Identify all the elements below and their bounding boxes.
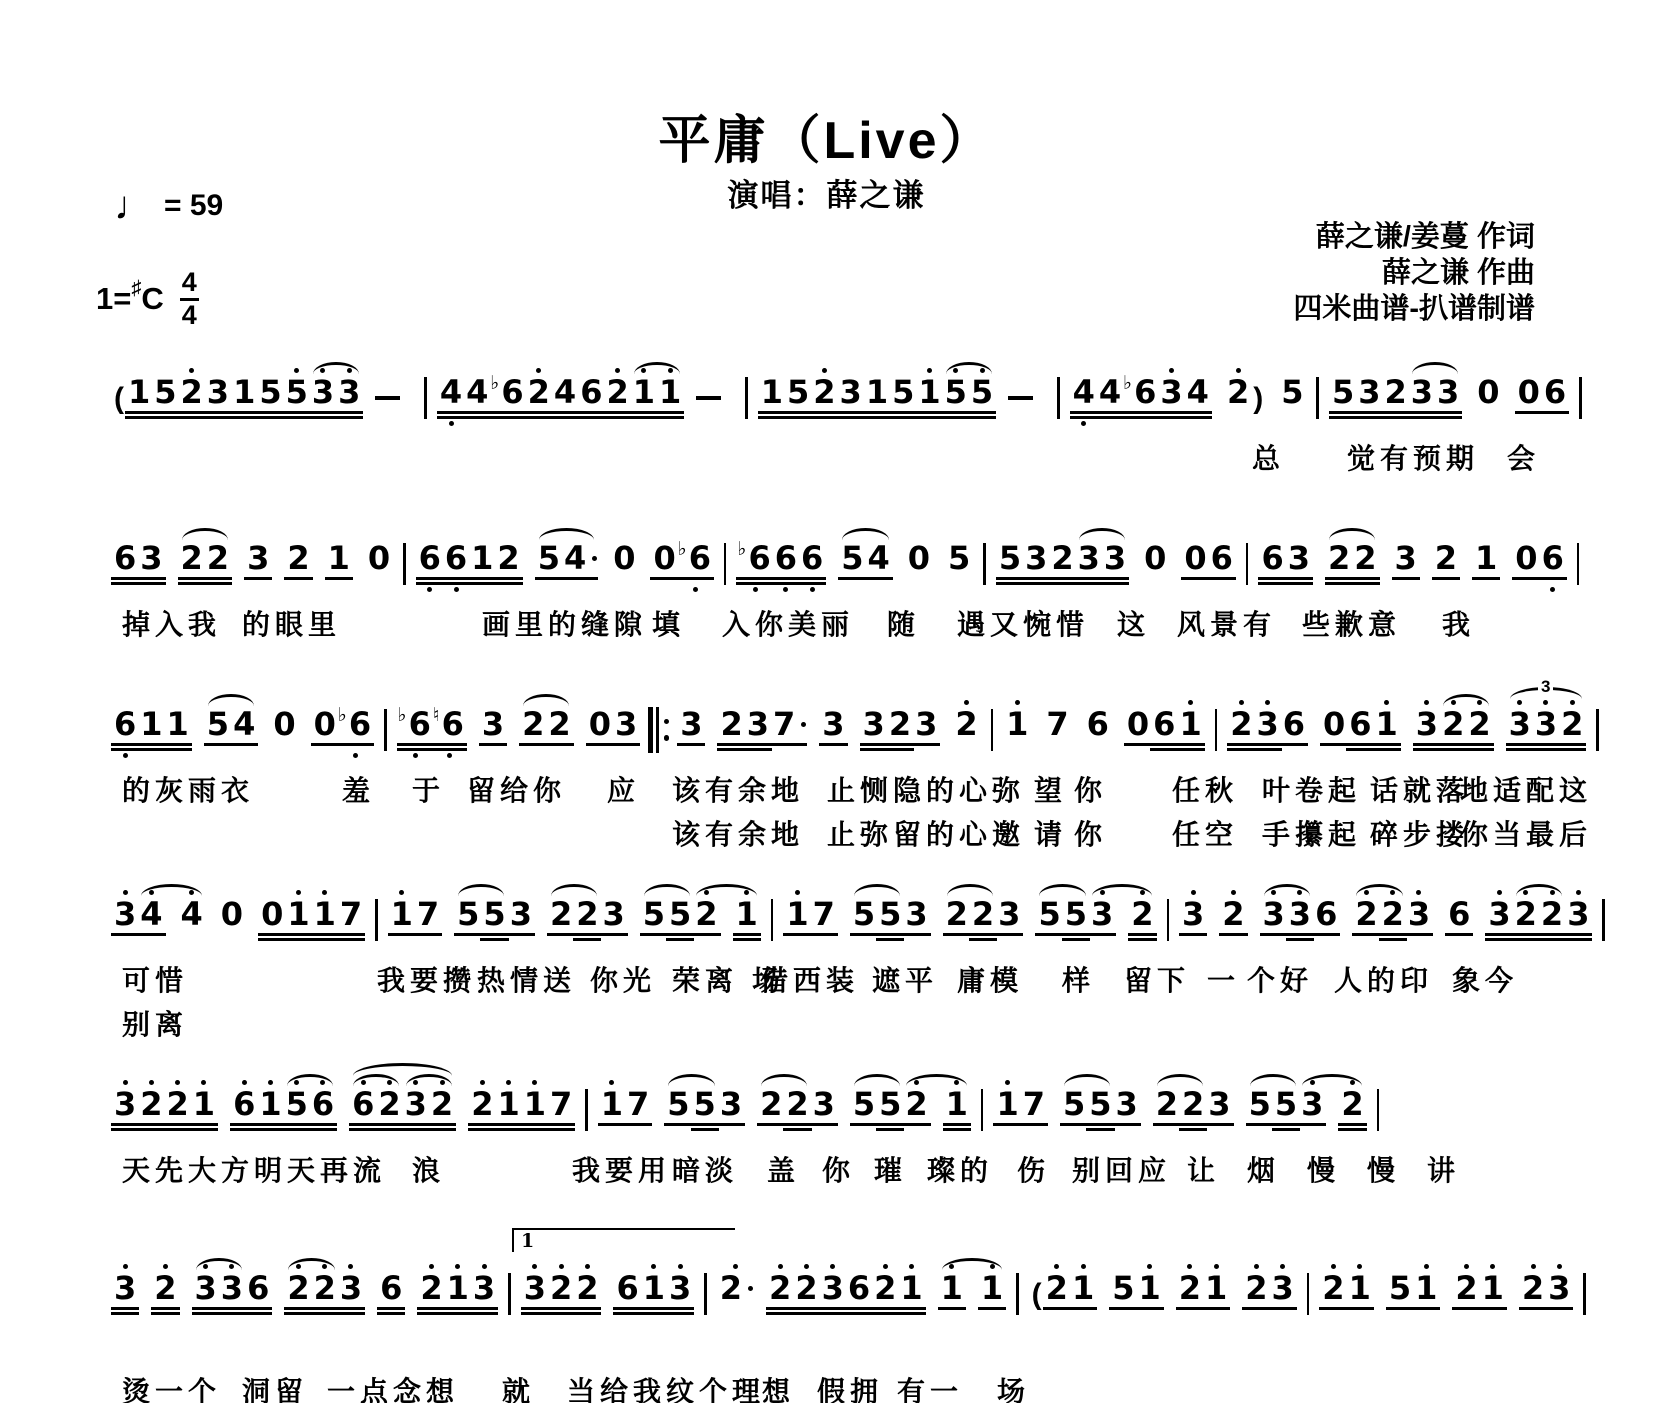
note: 2 [1180, 1078, 1206, 1140]
note: 3 [1287, 888, 1313, 950]
note: 3 [1435, 366, 1461, 428]
note-digit: 3 [667, 1271, 693, 1305]
slur-arc [458, 884, 504, 896]
note-digit: 2 [574, 1271, 600, 1305]
volta-number: 1 [514, 1230, 534, 1252]
note: 6 [1347, 698, 1373, 760]
barline [364, 889, 389, 950]
note-digit: 7 [548, 1087, 574, 1121]
barline [693, 1263, 718, 1324]
note-body: 2 [693, 897, 719, 931]
note-body: 2 [604, 375, 630, 409]
note: 6 [112, 532, 138, 594]
note-body: 2 [887, 707, 913, 741]
note-body: 6 [417, 541, 443, 575]
note: 2 [872, 1262, 898, 1324]
note-body: 4 [179, 897, 205, 931]
note-body: 1 [138, 707, 164, 741]
note-body: 2 [758, 1087, 784, 1121]
note-digit: 5 [969, 375, 995, 409]
note-digit: 3 [1414, 707, 1440, 741]
note: 1 [126, 366, 152, 428]
note: 5 [152, 366, 178, 428]
note-body: 2 [495, 541, 521, 575]
note-body: 1 [1004, 707, 1030, 741]
note: 6 [417, 532, 443, 594]
note-body: 4 [866, 541, 892, 575]
lyric-segment: 的眼里 [242, 603, 341, 643]
note: 3 [112, 1078, 138, 1140]
note: 3 [1546, 1262, 1572, 1324]
note-digit: 2 [887, 707, 913, 741]
note-digit: 5 [997, 541, 1023, 575]
note-body: 1 [944, 1087, 970, 1121]
note: 0 [1321, 698, 1347, 760]
note: 1 [734, 888, 760, 950]
octave-dot [693, 587, 698, 592]
key-signature: 1=♯C 4 4 [96, 268, 199, 330]
credit-lyricist: 薛之谦/姜蔓 作词 [1293, 220, 1535, 256]
lyric-segment: 热情送 [477, 959, 576, 999]
note-digit: 4 [438, 375, 464, 409]
note-body: 2 [165, 1087, 191, 1121]
note-digit: 4 [231, 707, 257, 741]
note-body: 2 [767, 1271, 793, 1305]
note: 5 [284, 1078, 310, 1140]
note-body: 6 [1313, 897, 1339, 931]
note-body: 3 [1406, 897, 1432, 931]
note-body: 1 [784, 897, 810, 931]
note: 3 [1565, 888, 1591, 950]
note-digit: 1 [469, 541, 495, 575]
note-body: 2 [1228, 707, 1254, 741]
notes-row: 6322321066125400♭6♭666540553233006632232… [112, 532, 1603, 594]
note-digit: 1 [1473, 541, 1499, 575]
note-digit: 5 [851, 1087, 877, 1121]
note-digit: 3 [1287, 897, 1313, 931]
note-body: 5 [1063, 897, 1089, 931]
note-digit: 2 [758, 1087, 784, 1121]
slur-arc [946, 362, 992, 374]
lyric-segment: 随 [887, 603, 920, 643]
note-digit: 5 [1387, 1271, 1413, 1305]
lyric-segment: 璀 [874, 1149, 907, 1189]
note-digit: 2 [312, 1271, 338, 1305]
note: 5 [1063, 888, 1089, 950]
note-body: 6 [799, 541, 825, 575]
barline [972, 533, 997, 594]
note-body: 5 [667, 897, 693, 931]
note: 2 [1466, 698, 1492, 760]
note: 2 [548, 1262, 574, 1324]
barline [373, 699, 398, 760]
note: 4 [1071, 366, 1097, 428]
note: 3 [1406, 888, 1432, 950]
lyric-segment: 烫一个 [122, 1370, 221, 1403]
note-digit: 1 [898, 1271, 924, 1305]
lyric-segment: 我 [1442, 603, 1475, 643]
note-digit: 5 [1279, 375, 1305, 409]
notes-row: 323362236213322613222362111(215121232151… [112, 1262, 1603, 1324]
music-line: 3440011717553223552117553223553232336223… [112, 888, 1603, 1038]
note-digit: 5 [877, 1087, 903, 1121]
note-digit: 5 [890, 375, 916, 409]
note-digit: 6 [350, 1087, 376, 1121]
note: 2 [152, 1262, 178, 1324]
note-body: 3 [138, 541, 164, 575]
note: 2 [574, 888, 600, 950]
note: 2 [718, 698, 744, 760]
lyric-segment: 象今 [1452, 959, 1518, 999]
note-body: 2 [1559, 707, 1585, 741]
note-body: 3 [1286, 541, 1312, 575]
note-digit: 3 [1270, 1271, 1296, 1305]
note: 4 [179, 888, 205, 950]
note: 6 [773, 532, 799, 594]
note-body: 1 [326, 541, 352, 575]
note-body: 6 [310, 1087, 336, 1121]
note-body: 1 [165, 707, 191, 741]
note-digit: 4 [138, 897, 164, 931]
note-digit: 6 [347, 707, 373, 741]
note: ♭6 [737, 532, 772, 594]
note: 3 [861, 698, 887, 760]
note: 5 [877, 1078, 903, 1140]
note: 2 [179, 532, 205, 594]
note-digit: 3 [1533, 707, 1559, 741]
barline [1235, 533, 1260, 594]
note: 1 [898, 1262, 924, 1324]
barline [1296, 1263, 1321, 1324]
flat-icon: ♭ [398, 704, 407, 727]
note-digit: 5 [205, 707, 231, 741]
note-body: 3 [522, 1271, 548, 1305]
note: 5 [205, 698, 231, 760]
note: 6 [1151, 698, 1177, 760]
note-body: 5 [946, 541, 972, 575]
note-digit: 2 [1513, 897, 1539, 931]
note: 6 [245, 1262, 271, 1324]
note-digit: 2 [1044, 1271, 1070, 1305]
note-body: 3 [1270, 1271, 1296, 1305]
note-digit: 3 [219, 1271, 245, 1305]
note: 3 [1356, 366, 1382, 428]
note: 7 [548, 1078, 574, 1140]
note-body: 3 [1507, 707, 1533, 741]
note: 1 [1347, 1262, 1373, 1324]
note-digit: 2 [784, 1087, 810, 1121]
note-digit: 5 [284, 375, 310, 409]
note: 6 [1209, 532, 1235, 594]
note: 2 [1433, 532, 1459, 594]
lyric-segment: 有一 [897, 1370, 963, 1403]
note: 1 [495, 1078, 521, 1140]
octave-dot [449, 421, 454, 426]
note-body: 6 [245, 1271, 271, 1305]
slur-arc [854, 1074, 900, 1086]
note-digit: 3 [1180, 897, 1206, 931]
note-body: 5 [1061, 1087, 1087, 1121]
parenthesis: ( [112, 370, 126, 428]
lyric-segment: 一 [1207, 959, 1240, 999]
note: 2 [1339, 1078, 1365, 1140]
note-digit: 2 [903, 1087, 929, 1121]
note: 3 [600, 888, 626, 950]
note-digit: 3 [811, 1087, 837, 1121]
barline [574, 1079, 599, 1140]
barline [413, 367, 438, 428]
note: 1 [1473, 532, 1499, 594]
note-body: 2 [1539, 897, 1565, 931]
lyric-segment: 天先大方明天再流 [122, 1149, 386, 1189]
note-digit: 1 [1480, 1271, 1506, 1305]
note-body: 5 [257, 375, 283, 409]
note-body: 2 [1383, 375, 1409, 409]
note-body: 3 [1565, 897, 1591, 931]
note-digit: 4 [866, 541, 892, 575]
note: 5 [851, 1078, 877, 1140]
lyric-segment: 这 [1117, 603, 1150, 643]
note-body: 3 [245, 541, 271, 575]
note: 3 [1270, 1262, 1296, 1324]
note: 1 [231, 366, 257, 428]
note-body: 2 [784, 1087, 810, 1121]
note: 5 [692, 1078, 718, 1140]
slur-arc [313, 362, 359, 374]
note: 0 [906, 532, 932, 594]
note-digit: 2 [872, 1271, 898, 1305]
note-body: 6 [1085, 707, 1111, 741]
note-body: 1 [231, 375, 257, 409]
lyric-segment: 人的印 [1334, 959, 1433, 999]
note-body: 1 [1203, 1271, 1229, 1305]
note-digit: 3 [678, 707, 704, 741]
note-body: 1 [916, 375, 942, 409]
note-body: 3 [338, 1271, 364, 1305]
note: 6 [614, 1262, 640, 1324]
note-body: 3 [1089, 897, 1115, 931]
note: 1 [784, 888, 810, 950]
note: 7 [415, 888, 441, 950]
note-body: 3 [310, 375, 336, 409]
lyric-segment: 样 [1062, 959, 1095, 999]
note-body: 1 [657, 375, 683, 409]
note-digit: 2 [1049, 541, 1075, 575]
note-digit: 3 [1565, 897, 1591, 931]
note: 0 [1475, 366, 1501, 428]
note-body: 2 [1225, 375, 1251, 409]
note-digit: 3 [1076, 541, 1102, 575]
slur-arc [288, 1258, 335, 1270]
note-body: 3 [820, 1271, 846, 1305]
lyric-segment: 你 [822, 1149, 855, 1189]
note: 3 [678, 698, 704, 760]
note: 1 [389, 888, 415, 950]
note-digit: 1 [939, 1271, 965, 1305]
note: 1 [445, 1262, 471, 1324]
slur-arc [551, 884, 597, 896]
note-digit: 2 [1326, 541, 1352, 575]
note-body: 5 [1087, 1087, 1113, 1121]
slur-arc [196, 1258, 242, 1270]
lyric-segment: 的灰雨衣 [122, 769, 254, 809]
note: 6 [578, 366, 604, 428]
note-digit: 5 [1247, 1087, 1273, 1121]
note-body: 3 [996, 897, 1022, 931]
note: 4 [464, 366, 490, 428]
lyric-segment: 让 [1187, 1149, 1220, 1189]
note-body: 5 [877, 897, 903, 931]
lyric-segment: 风景有 [1177, 603, 1276, 643]
note: 2 [767, 1262, 793, 1324]
note: 1 [979, 1262, 1005, 1324]
note-digit: 5 [641, 897, 667, 931]
note-digit: 1 [864, 375, 890, 409]
music-line: 6322321066125400♭6♭666540553233006632232… [112, 532, 1603, 638]
note: 1 [939, 1262, 965, 1324]
note-body: 3 [1254, 707, 1280, 741]
note: 0 [271, 698, 297, 760]
lyric-segment: 留给你 [467, 769, 566, 809]
barline [497, 1263, 522, 1324]
note-body: 3 [745, 707, 771, 741]
lyrics-row: 的灰雨衣羞于留给你应该有余地止恻隐的心弥望你任秋叶卷起话就落地适配这 [112, 769, 1603, 804]
octave-dot-below-slot [454, 585, 459, 594]
note-body: 3 [811, 1087, 837, 1121]
slur-arc [1039, 884, 1086, 896]
note-body: 2 [1513, 897, 1539, 931]
page-subtitle: 演唱：薛之谦 [0, 170, 1653, 215]
note-digit: 6 [773, 541, 799, 575]
note-digit: 1 [1347, 1271, 1373, 1305]
note: 3 [1393, 532, 1419, 594]
note: 2 [165, 1078, 191, 1140]
note-digit: 1 [1203, 1271, 1229, 1305]
note-body: 2 [1380, 897, 1406, 931]
note-digit: 5 [851, 897, 877, 931]
note-body: 4 [1185, 375, 1211, 409]
note-body: 2 [469, 1087, 495, 1121]
note-digit: 4 [1071, 375, 1097, 409]
octave-dot-below-slot [693, 585, 698, 594]
note-digit: 3 [522, 1271, 548, 1305]
note: 6 [846, 1262, 872, 1324]
note: 2 [1453, 1262, 1479, 1324]
barline [1156, 889, 1181, 950]
note-body: 3 [336, 375, 362, 409]
note: 2 [179, 366, 205, 428]
note: ♭6 [490, 366, 525, 428]
lyric-segment: 邀 [992, 813, 1025, 853]
note-digit: 3 [1486, 897, 1512, 931]
slur-arc [1064, 1074, 1110, 1086]
note-digit: 3 [1254, 707, 1280, 741]
note-digit: 1 [759, 375, 785, 409]
note: 3 [112, 888, 138, 950]
note: 5 [785, 366, 811, 428]
slur-arc [287, 1074, 333, 1086]
augmentation-dot [748, 1286, 753, 1291]
note-digit: 7 [415, 897, 441, 931]
note: 5 [1330, 366, 1356, 428]
volta-bracket: 1 [512, 1228, 735, 1252]
note: ♭6 [1123, 366, 1158, 428]
barline [713, 533, 738, 594]
lyric-segment: 我要用 [572, 1149, 671, 1189]
duration-dash [995, 367, 1046, 428]
note: ♭6 [338, 698, 373, 760]
note-body: 3 [1180, 897, 1206, 931]
barline [392, 533, 417, 594]
note-body: 0 [1513, 541, 1539, 575]
note-digit: 6 [1313, 897, 1339, 931]
note-body: 6 [112, 707, 138, 741]
note-digit: 0 [219, 897, 245, 931]
note-body: 1 [1136, 1271, 1162, 1305]
slur-arc [1079, 528, 1125, 540]
note-digit: 2 [376, 1087, 402, 1121]
slur-arc [761, 1074, 807, 1086]
note: 2 [205, 532, 231, 594]
note-digit: 2 [970, 897, 996, 931]
note: 3 [718, 1078, 744, 1140]
note-body: 5 [1330, 375, 1356, 409]
music-line: (15231553344♭624621115231515544♭6342)553… [112, 366, 1603, 472]
slur-arc [696, 884, 757, 896]
octave-dot-below-slot [123, 751, 128, 760]
note-body: 3 [1414, 707, 1440, 741]
note-body: 2 [418, 1271, 444, 1305]
note: 2 [526, 366, 552, 428]
lyric-segment: 请 [1034, 813, 1067, 853]
note-digit: 5 [692, 1087, 718, 1121]
note-digit: 2 [179, 541, 205, 575]
note-body: 2 [152, 1271, 178, 1305]
note: 6 [112, 698, 138, 760]
note-body: 5 [890, 375, 916, 409]
note-digit: 1 [657, 375, 683, 409]
note: 5 [667, 888, 693, 950]
note-body: 3 [613, 707, 639, 741]
note-digit: 5 [1087, 1087, 1113, 1121]
note: 6 [1085, 698, 1111, 760]
octave-dot-below-slot [447, 751, 452, 760]
note: 4 [438, 366, 464, 428]
note: 4 [552, 366, 578, 428]
note-digit: 2 [205, 541, 231, 575]
augmentation-dot [801, 722, 806, 727]
note: ♮6 [433, 698, 466, 760]
note: 6 [1540, 532, 1566, 594]
note-digit: 3 [138, 541, 164, 575]
lyric-segment: 画里的缝隙 [482, 603, 647, 643]
note: 2 [469, 1078, 495, 1140]
note-body: 5 [997, 541, 1023, 575]
octave-dot [123, 753, 128, 758]
note: 2 [811, 366, 837, 428]
lyric-segment: 止恻隐的心 [827, 769, 992, 809]
barline [970, 1079, 995, 1140]
note-body: 2 [520, 707, 546, 741]
note-body: 3 [913, 707, 939, 741]
lyrics-row: 可惜我要攒热情送你光荣离场借西装遮平庸模样留下一个好人的印象今 [112, 959, 1603, 994]
note: 2 [793, 1262, 819, 1324]
slur-arc [634, 362, 680, 374]
note-digit: 3 [718, 1087, 744, 1121]
lyric-segment: 于 [412, 769, 445, 809]
note-body: 3 [205, 375, 231, 409]
note-body: 0 [366, 541, 392, 575]
